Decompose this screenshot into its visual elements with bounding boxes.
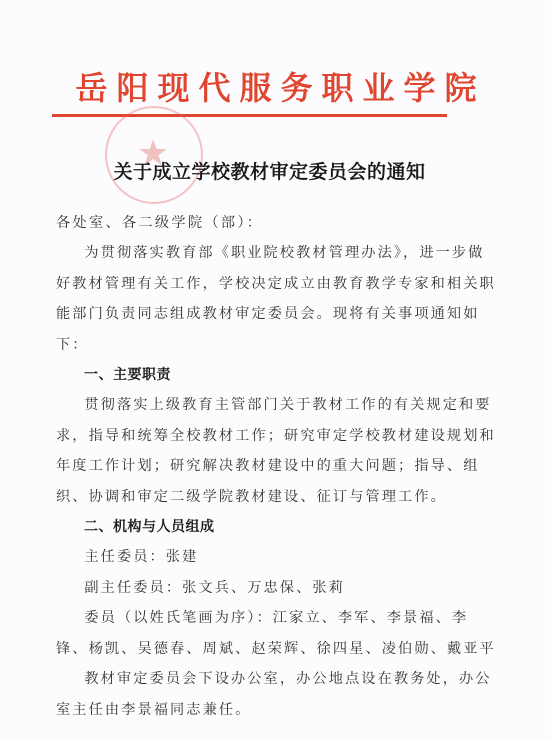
document-body: 各处室、各二级学院（部）： 为贯彻落实教育部《职业院校教材管理办法》，进一步做好… xyxy=(56,208,496,725)
chair-line: 主任委员：张建 xyxy=(56,542,496,572)
duties-paragraph: 贯彻落实上级教育主管部门关于教材工作的有关规定和要求，指导和统筹全校教材工作；研… xyxy=(56,390,496,512)
document-title: 关于成立学校教材审定委员会的通知 xyxy=(0,157,551,184)
section-heading-duties: 一、主要职责 xyxy=(56,360,496,390)
salutation: 各处室、各二级学院（部）： xyxy=(56,208,496,238)
members-line: 委员（以姓氏笔画为序）：江家立、李军、李景福、李锋、杨凯、吴德春、周斌、赵荣辉、… xyxy=(56,603,496,664)
letterhead-red-rule xyxy=(52,114,447,117)
document-page: 岳阳现代服务职业学院 ★ 关于成立学校教材审定委员会的通知 各处室、各二级学院（… xyxy=(0,0,551,738)
letterhead-institution-name: 岳阳现代服务职业学院 xyxy=(0,68,551,108)
intro-paragraph: 为贯彻落实教育部《职业院校教材管理办法》，进一步做好教材管理有关工作，学校决定成… xyxy=(56,238,496,360)
vice-chair-line: 副主任委员：张文兵、万忠保、张莉 xyxy=(56,573,496,603)
section-heading-composition: 二、机构与人员组成 xyxy=(56,512,496,542)
official-seal: ★ xyxy=(105,106,203,204)
office-paragraph: 教材审定委员会下设办公室，办公地点设在教务处，办公室主任由李景福同志兼任。 xyxy=(56,664,496,725)
